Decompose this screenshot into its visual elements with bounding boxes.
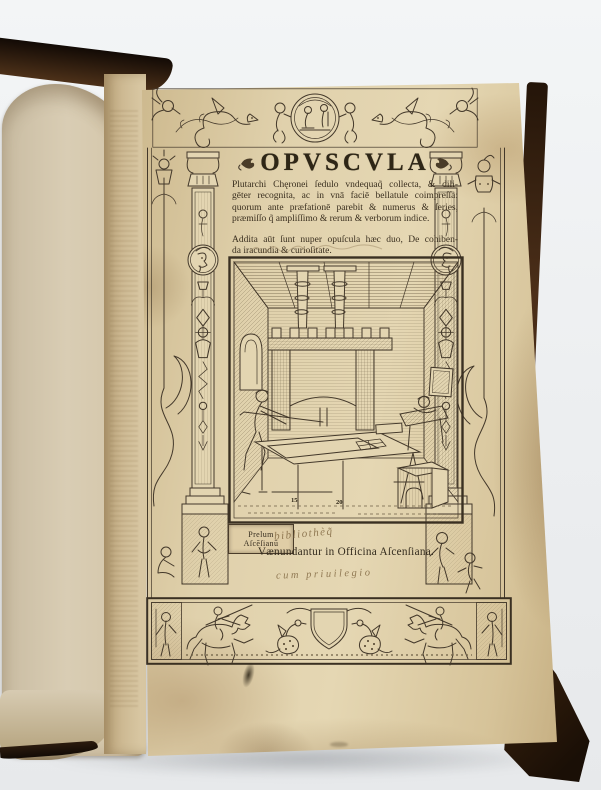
left-border-pilaster — [146, 148, 228, 598]
aldine-leaf-left-icon — [239, 156, 255, 170]
wyvern-right — [352, 620, 392, 654]
ink-showthrough — [110, 110, 138, 710]
incipit-line: præmiſſo q̃ ampliſſimo & rerum & verboru… — [232, 214, 458, 225]
page-title: OPVSCVLA — [260, 149, 430, 177]
incipit-line: Plutarchi Chęronei ſedulo vndequaq̃ coll… — [232, 180, 458, 191]
wall-picture — [429, 367, 453, 396]
left-trophy-staff — [152, 150, 191, 506]
book-spine-top-edge — [0, 37, 174, 95]
stain-mark — [330, 742, 348, 747]
press-scene — [228, 256, 464, 524]
horseman-right — [405, 605, 471, 665]
incipit-paragraph: Plutarchi Chęronei ſedulo vndequaq̃ coll… — [232, 180, 458, 226]
printing-press-woodcut: Prelum Aſcēſianū 15 20 — [228, 256, 464, 524]
plaque-line: Prelum — [248, 530, 274, 539]
left-portrait-medallion — [188, 245, 218, 275]
central-shield — [287, 608, 371, 649]
title-row: OPVSCVLA — [232, 149, 458, 177]
photo-of-antique-book: OPVSCVLA Plutarchi Chęronei ſedulo vndeq… — [0, 0, 601, 790]
wyvern-left — [266, 620, 306, 654]
aldine-leaf-right-icon — [435, 156, 451, 170]
woodcut-date-left: 15 — [291, 497, 298, 504]
top-frieze-medallion — [291, 94, 339, 142]
woodcut-date-right: 20 — [336, 499, 343, 506]
incipit-line: gēter recognita, ac in vnā faciē bellatu… — [232, 191, 458, 202]
incipit-line: quorum ante præfationē parebit & numerus… — [232, 203, 458, 214]
arched-window — [240, 334, 262, 390]
horseman-left — [187, 605, 253, 665]
hutch-box — [398, 462, 448, 508]
imprint-line: Vænundantur in Officina Aſcenſiana. — [230, 546, 462, 558]
bottom-frieze-woodcut — [146, 597, 512, 665]
top-frieze-woodcut — [152, 88, 478, 148]
